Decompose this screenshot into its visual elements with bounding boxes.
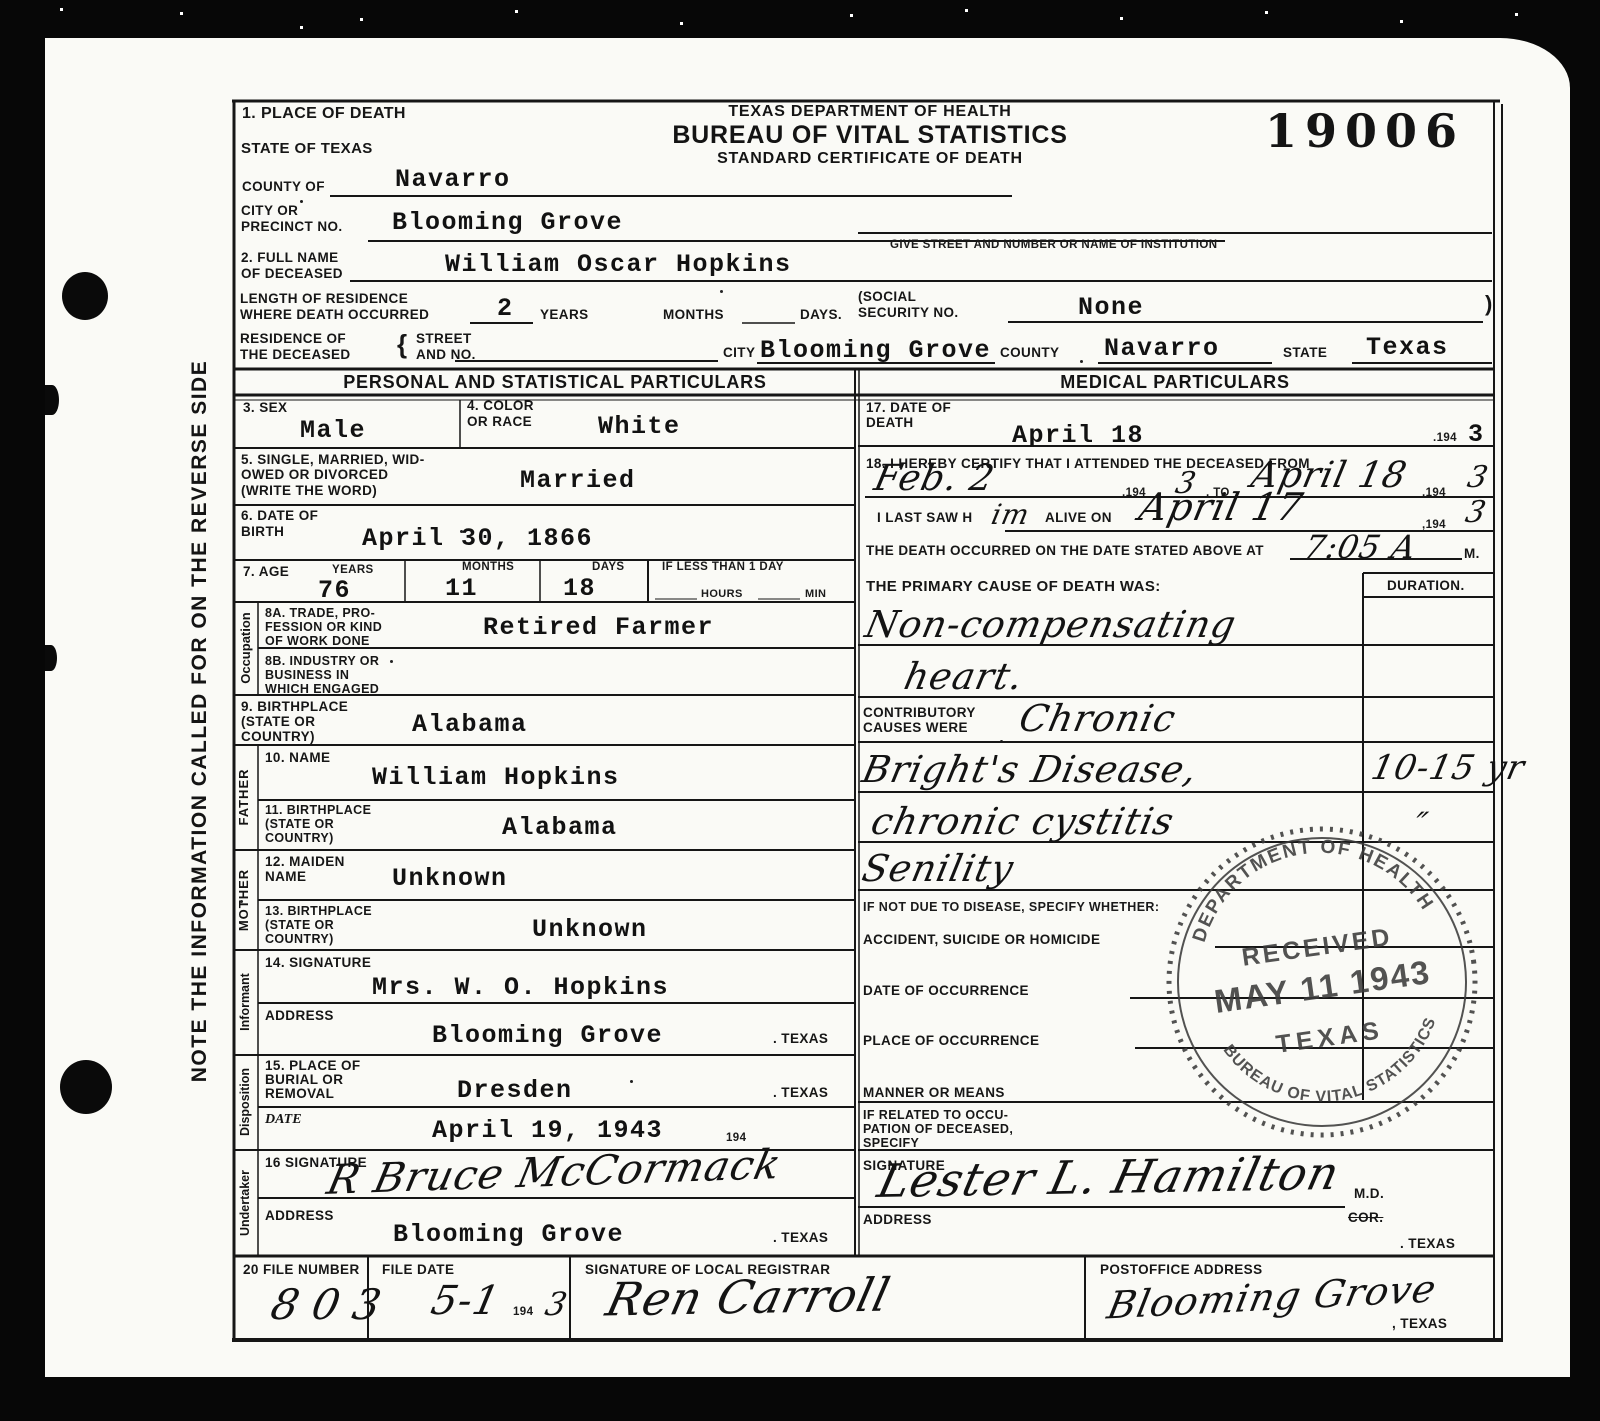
postoffice-texas-label: , TEXAS xyxy=(1392,1316,1447,1332)
scanned-death-certificate: NOTE THE INFORMATION CALLED FOR ON THE R… xyxy=(0,0,1600,1421)
file-number-value: 803 xyxy=(267,1280,400,1329)
registrar-signature: Ren Carroll xyxy=(601,1268,896,1327)
stamp-texas-text: TEXAS xyxy=(1274,1016,1385,1059)
file-number-label: 20 FILE NUMBER xyxy=(243,1262,360,1278)
file-date-value: 5-1 xyxy=(427,1278,504,1324)
postoffice-label: POSTOFFICE ADDRESS xyxy=(1100,1262,1262,1278)
file-date-label: FILE DATE xyxy=(382,1262,454,1278)
file-date-printed-year: 194 xyxy=(513,1306,533,1318)
received-stamp: DEPARTMENT OF HEALTH BUREAU OF VITAL STA… xyxy=(0,0,1600,1421)
